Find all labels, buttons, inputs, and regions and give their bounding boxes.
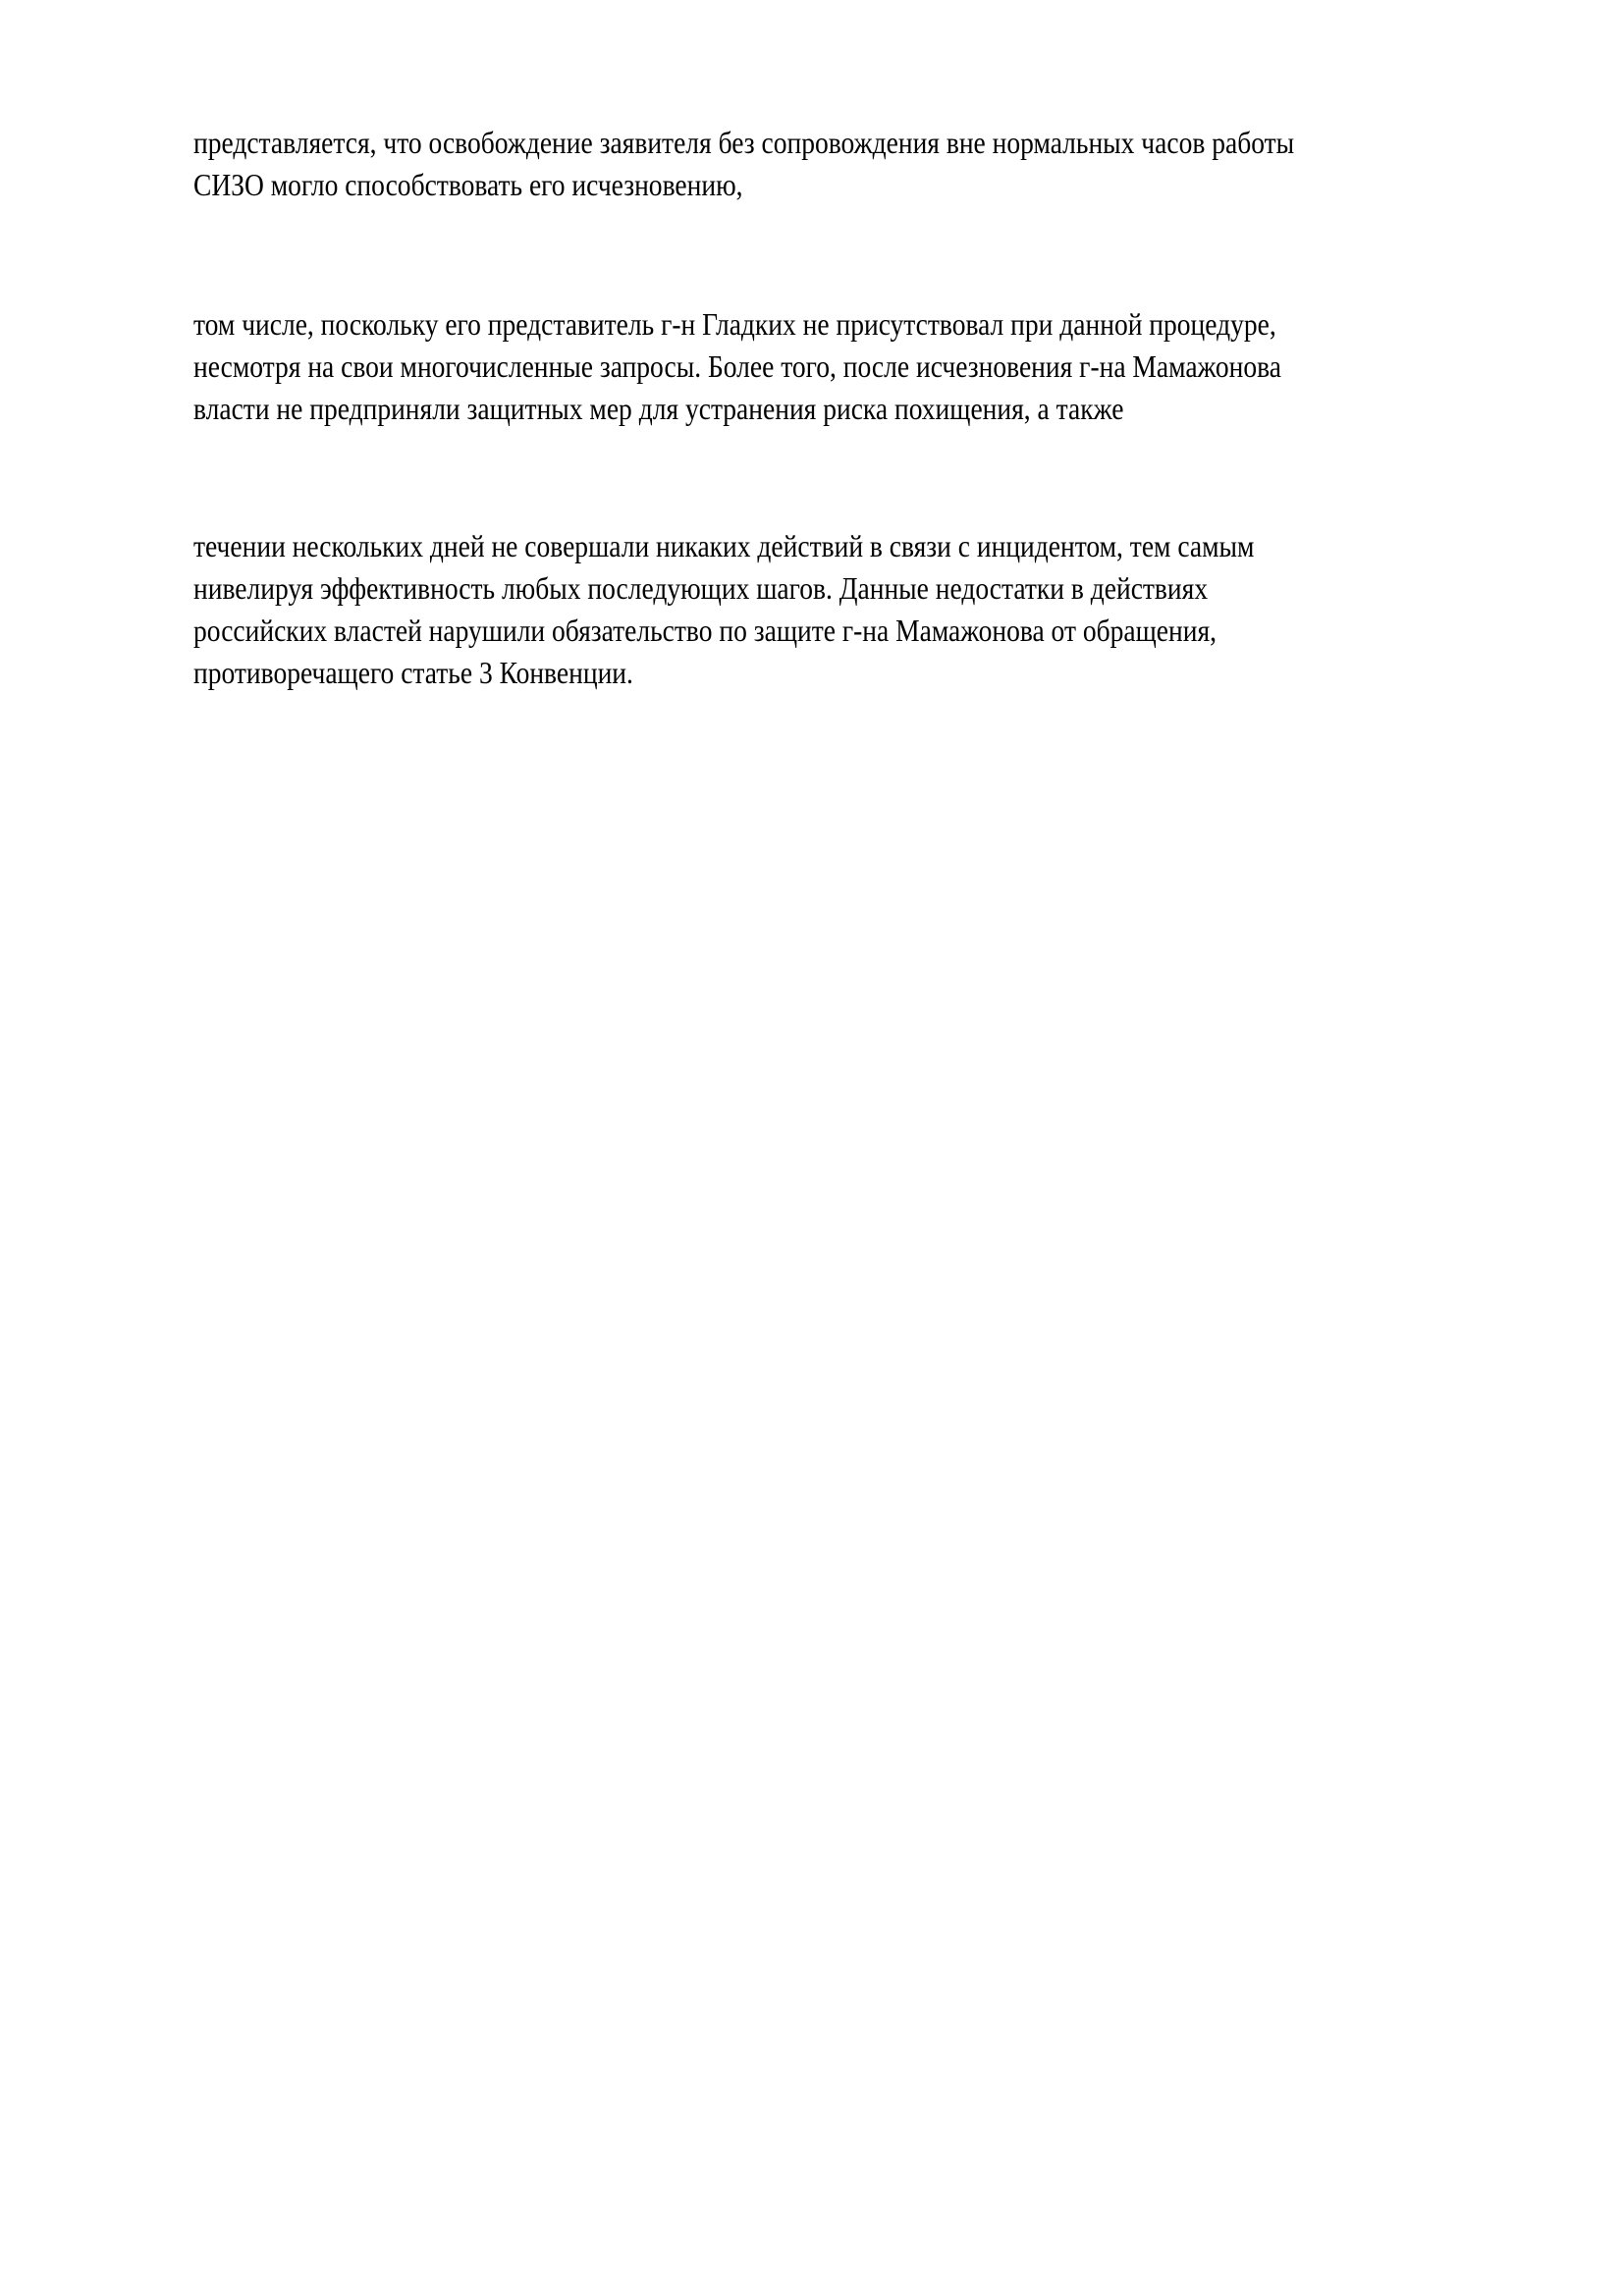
- text-line: представляется, что освобождение заявите…: [193, 122, 1294, 164]
- text-line: власти не предприняли защитных мер для у…: [193, 388, 1123, 430]
- text-line: течении нескольких дней не совершали ник…: [193, 525, 1254, 567]
- document-page: представляется, что освобождение заявите…: [0, 0, 1623, 2296]
- text-line: СИЗО могло способствовать его исчезновен…: [193, 164, 743, 206]
- text-line: несмотря на свои многочисленные запросы.…: [193, 346, 1281, 388]
- text-line: российских властей нарушили обязательств…: [193, 610, 1217, 652]
- text-line: том числе, поскольку его представитель г…: [193, 303, 1276, 346]
- text-line: нивелируя эффективность любых последующи…: [193, 567, 1208, 610]
- text-line: противоречащего статье 3 Конвенции.: [193, 652, 633, 694]
